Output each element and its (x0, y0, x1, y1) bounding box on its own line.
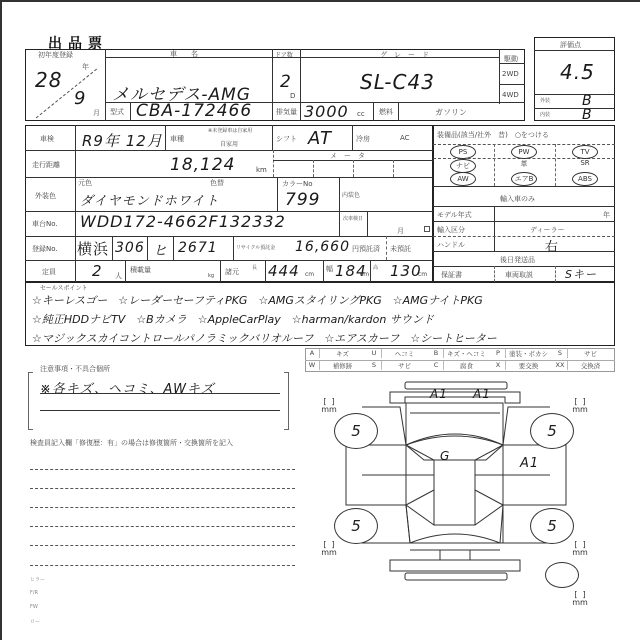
door-label: ドア数 (275, 50, 293, 59)
model-code: CBA-172466 (136, 101, 252, 121)
equipment-item: ナビ (450, 159, 476, 173)
tire-front-left: 5 (334, 413, 378, 449)
warranty-label: 保証書 (441, 270, 462, 280)
import-only-label: 輸入車のみ (500, 194, 535, 204)
shift-value: AT (308, 128, 332, 149)
meter-label: メ ー タ (330, 151, 365, 161)
legend-desc: ヘコミ (381, 349, 427, 358)
spare-tire (545, 562, 579, 588)
vehicle-type-label: 車種 (170, 134, 184, 144)
manual-label: 車両取説 (505, 270, 533, 280)
legend-desc: 塗装・ボカシ (505, 349, 551, 358)
legend-desc: サビ (567, 349, 613, 358)
footer-label-3: FW (30, 604, 38, 610)
tire-rear-right: 5 (530, 508, 574, 544)
reg-kana: ヒ (153, 240, 168, 260)
height-value: 130 (390, 262, 422, 280)
recycle-status: 円預託済 (352, 244, 380, 254)
notes-label: 注意事項・不具合個所 (40, 364, 110, 374)
legend-desc: 交換済 (567, 361, 613, 370)
legend-desc: 腐食 (443, 361, 489, 370)
legend-desc: サビ (381, 361, 427, 370)
dimensions-label: 諸元 (225, 267, 239, 277)
keys-value: Sキー (565, 266, 597, 282)
ac-value: AC (400, 134, 410, 142)
mark-right-door: A1 (520, 456, 539, 471)
color-label: 外装色 (35, 191, 56, 201)
recycle-unpaid: 未預託 (390, 244, 411, 254)
reg-label: 登録No. (32, 244, 58, 254)
import-type: ディーラー (530, 225, 564, 235)
drive-2wd: 2WD (502, 70, 519, 78)
vehicle-type-value: 自家用 (220, 139, 238, 148)
sales-point-line-1: ☆キーレスゴー ☆レーダーセーフティPKG ☆AMGスタイリングPKG ☆AMG… (32, 292, 483, 308)
model-year-unit: 年 (603, 210, 610, 220)
car-name-label: 車 名 (170, 49, 198, 59)
model-label: 型式 (110, 107, 124, 117)
notes-bracket-left (28, 372, 33, 430)
vehicle-type-note: ※未登録車は自家用 (208, 127, 252, 134)
grade-value: SL-C43 (360, 70, 435, 94)
legend-code: P (492, 349, 504, 357)
mileage-value: 18,124 (170, 155, 235, 175)
legend-desc: キズ・ヘコミ (443, 349, 489, 358)
length-unit: cm (305, 271, 314, 278)
handle-label: ハンドル (437, 240, 465, 250)
drive-4wd: 4WD (502, 91, 519, 99)
displacement-value: 3000 (304, 102, 349, 121)
tread-bracket-fl: [ ]mm (317, 398, 341, 414)
equipment-item: 革 (511, 159, 537, 169)
color-no-label: カラーNo (282, 179, 313, 189)
import-type-label: 輸入区分 (437, 225, 465, 235)
footer-label-4: ロー (30, 618, 40, 625)
chassis-label: 車台No. (32, 219, 58, 229)
load-label: 積載量 (130, 265, 151, 275)
legend-desc: 要交換 (505, 361, 551, 370)
sales-point-line-2: ☆純正HDDナビTV ☆Bカメラ ☆AppleCarPlay ☆harman/k… (32, 311, 434, 327)
recycle-label: リサイクル預託金 (236, 244, 275, 251)
first-reg-label: 初年度登録 (38, 50, 73, 60)
height-label: 高 (373, 264, 378, 271)
recycle-fee: 16,660 (295, 239, 350, 255)
length-label: 長 (252, 264, 257, 271)
model-year-label: モデル年式 (437, 210, 472, 220)
next-inspection-label: 次車検日 (343, 215, 363, 222)
score-value: 4.5 (560, 60, 595, 84)
first-reg-month: 9 (74, 88, 86, 109)
shift-label: シフト (276, 134, 297, 144)
tread-bracket-rr: [ ]mm (568, 541, 592, 557)
original-color-label: 元色 (78, 178, 92, 188)
next-inspection-month-unit: 月 (397, 226, 404, 236)
year-unit: 年 (82, 62, 89, 72)
interior-label: 内装 (540, 111, 550, 118)
capacity-label: 定員 (42, 267, 56, 277)
legend-desc: キズ (319, 349, 365, 358)
sales-points-label: セールスポイント (40, 283, 87, 292)
footer-label-1: ヒラー (30, 576, 45, 583)
interior-color-label: 内装色 (342, 190, 360, 199)
equipment-item: TV (572, 145, 598, 159)
mark-front-bumper-left: A1 (430, 387, 448, 401)
exterior-label: 外装 (540, 97, 550, 104)
mark-windshield: G (440, 449, 450, 463)
legend-code: X (492, 361, 504, 369)
grade-label: グ レ ー ド (380, 50, 429, 60)
legend-code: C (430, 361, 442, 369)
drive-label: 駆動 (504, 54, 518, 64)
mileage-unit: km (256, 166, 267, 174)
tread-bracket-spare: [ ]mm (568, 591, 592, 607)
tire-front-right: 5 (530, 413, 574, 449)
equipment-item: SR (572, 159, 598, 167)
footer-label-2: F/R (30, 590, 38, 596)
tread-bracket-fr: [ ]mm (568, 398, 592, 414)
equipment-item: ABS (572, 172, 598, 186)
capacity-unit: 人 (115, 271, 122, 281)
legend-code: W (306, 361, 318, 369)
inspection-label: 車検 (40, 134, 54, 144)
color-change-label: 色替 (210, 178, 224, 188)
capacity-value: 2 (92, 262, 103, 280)
reg-class: 306 (115, 240, 145, 256)
month-unit: 月 (93, 108, 100, 118)
inspector-label: 検査員記入欄「修復歴：有」の場合は修復箇所・交換箇所を記入 (30, 438, 233, 448)
equipment-item: AW (450, 172, 476, 186)
fuel-label: 燃料 (379, 107, 393, 117)
interior-grade: B (582, 107, 593, 123)
color-value: ダイヤモンドホワイト (80, 190, 219, 209)
legend-desc: 補修跡 (319, 361, 365, 370)
legend-code: A (306, 349, 318, 357)
sales-point-line-3: ☆マジックスカイコントロールパノラミックバリオルーフ ☆エアスカーフ ☆シートヒ… (32, 330, 497, 346)
score-label: 評価点 (560, 40, 581, 50)
inspection-date: R9年 12月 (82, 130, 163, 151)
reg-area: 横浜 (77, 238, 109, 259)
notes-bracket-right (284, 372, 289, 430)
equipment-item: PS (450, 145, 476, 159)
tire-rear-left: 5 (334, 508, 378, 544)
ac-label: 冷房 (356, 134, 370, 144)
mileage-label: 走行距離 (32, 160, 60, 170)
legend-code: U (368, 349, 380, 357)
mark-front-bumper-right: A1 (473, 387, 491, 401)
chassis-no: WDD172-4662F132332 (80, 212, 286, 231)
displacement-label: 排気量 (276, 107, 297, 117)
notes-text: ※各キズ、ヘコミ、AWキズ (40, 378, 215, 397)
width-unit: cm (360, 271, 369, 278)
tread-bracket-rl: [ ]mm (317, 541, 341, 557)
length-value: 444 (268, 262, 300, 280)
door-count: 2 (280, 72, 292, 92)
next-inspection-checkbox[interactable] (424, 226, 430, 232)
load-unit: kg (208, 273, 214, 279)
color-no-value: 799 (285, 190, 320, 210)
legend-code: XX (554, 361, 566, 369)
legend-code: S (554, 349, 566, 357)
equipment-item: PW (511, 145, 537, 159)
first-reg-year: 28 (35, 68, 62, 92)
fuel-value: ガソリン (435, 107, 467, 118)
legend-code: B (430, 349, 442, 357)
legend-code: S (368, 361, 380, 369)
handle-value: 右 (545, 236, 559, 255)
reg-number: 2671 (178, 240, 218, 256)
width-label: 幅 (326, 264, 333, 274)
equipment-item: エアB (511, 172, 537, 186)
later-items-label: 後日発送品 (500, 255, 535, 265)
displacement-unit: cc (357, 110, 365, 118)
door-unit: D (290, 92, 295, 100)
equipment-title: 装備品(該当/社外 昔) ○をつける (437, 130, 549, 140)
height-unit: cm (418, 271, 427, 278)
